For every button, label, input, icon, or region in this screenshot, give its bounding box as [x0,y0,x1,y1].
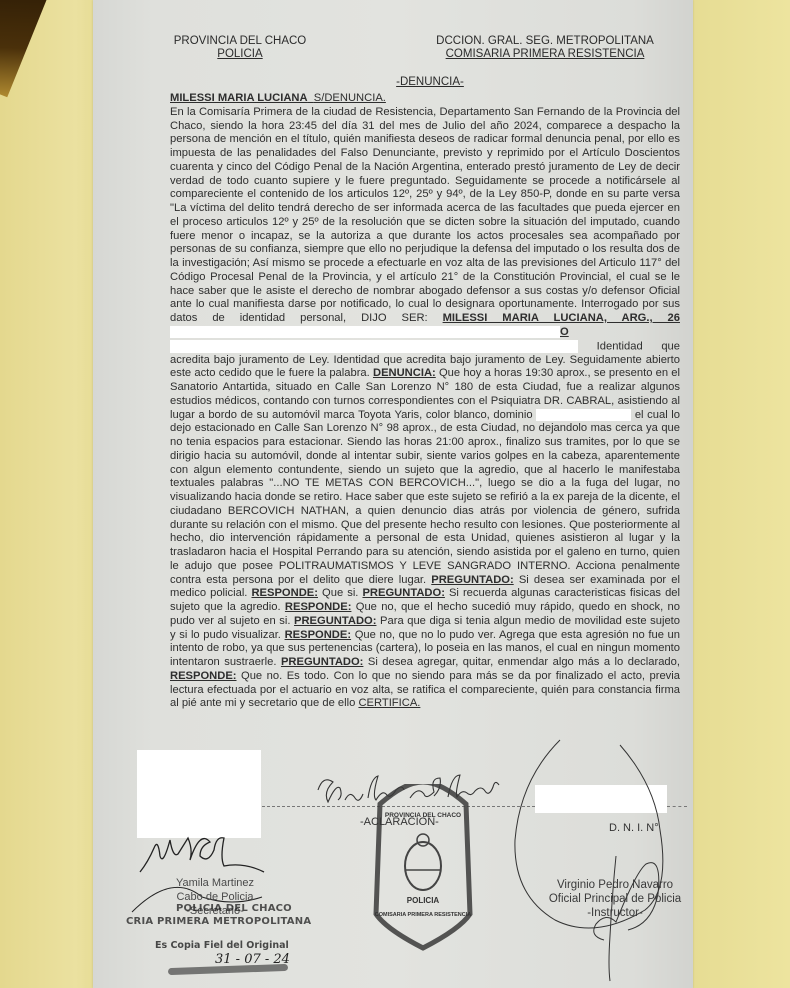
paragraph-intro: En la Comisaría Primera de la ciudad de … [170,106,680,324]
police-crest-stamp: PROVINCIA DEL CHACO POLICIA COMISARIA PR… [368,784,478,954]
document-page: PROVINCIA DEL CHACO POLICIA DCCION. GRAL… [0,0,790,988]
document-body: MILESSI MARIA LUCIANA S/DENUNCIA. En la … [170,92,680,711]
stamp-smudge [168,964,288,975]
crest-shield-icon [368,784,478,954]
signature-line-end [667,806,687,807]
caption-suffix: S/DENUNCIA. [314,92,386,104]
header-directorate: DCCION. GRAL. SEG. METROPOLITANA [430,35,660,48]
redacted-plate [536,409,631,421]
instructor-role: -Instructor- [530,906,700,920]
label-denuncia: DENUNCIA: [373,367,436,379]
redacted-dni [535,785,667,813]
label-preguntado: PREGUNTADO: [431,574,513,586]
redacted-identity-1 [170,326,560,338]
label-responde: RESPONDE: [285,629,352,641]
certified-copy-stamp: Es Copia Fiel del Original [155,940,289,951]
label-preguntado: PREGUNTADO: [362,587,444,599]
header-station: COMISARIA PRIMERA RESISTENCIA [430,48,660,61]
caption-name: MILESSI MARIA LUCIANA [170,92,308,104]
redacted-identity-2 [170,340,578,353]
document-title: -DENUNCIA- [170,76,690,88]
header-right: DCCION. GRAL. SEG. METROPOLITANA COMISAR… [430,35,660,61]
aclaracion-label: -ACLARACION- [360,816,439,828]
label-responde: RESPONDE: [170,670,237,682]
header-left: PROVINCIA DEL CHACO POLICIA [165,35,315,61]
caption: MILESSI MARIA LUCIANA S/DENUNCIA. [170,92,680,106]
certifica: CERTIFICA. [358,697,420,709]
instructor-rank: Oficial Principal de Policia [530,892,700,906]
label-responde: RESPONDE: [285,601,352,613]
instructor-name: Virginio Pedro Navarro [530,878,700,892]
header-province: PROVINCIA DEL CHACO [165,35,315,48]
instructor-signature-block: Virginio Pedro Navarro Oficial Principal… [530,878,700,920]
header-police: POLICIA [165,48,315,61]
secretary-name: Yamila Martinez [140,876,290,890]
station-stamp: POLICIA DEL CHACO CRIA PRIMERA METROPOLI… [126,902,311,928]
identity-bold: MILESSI MARIA LUCIANA, ARG., 26 [443,312,680,324]
label-preguntado: PREGUNTADO: [281,656,363,668]
label-responde: RESPONDE: [251,587,318,599]
redacted-signature-block [137,750,261,838]
label-preguntado: PREGUNTADO: [294,615,376,627]
dni-label: D. N. I. N° [609,822,659,834]
